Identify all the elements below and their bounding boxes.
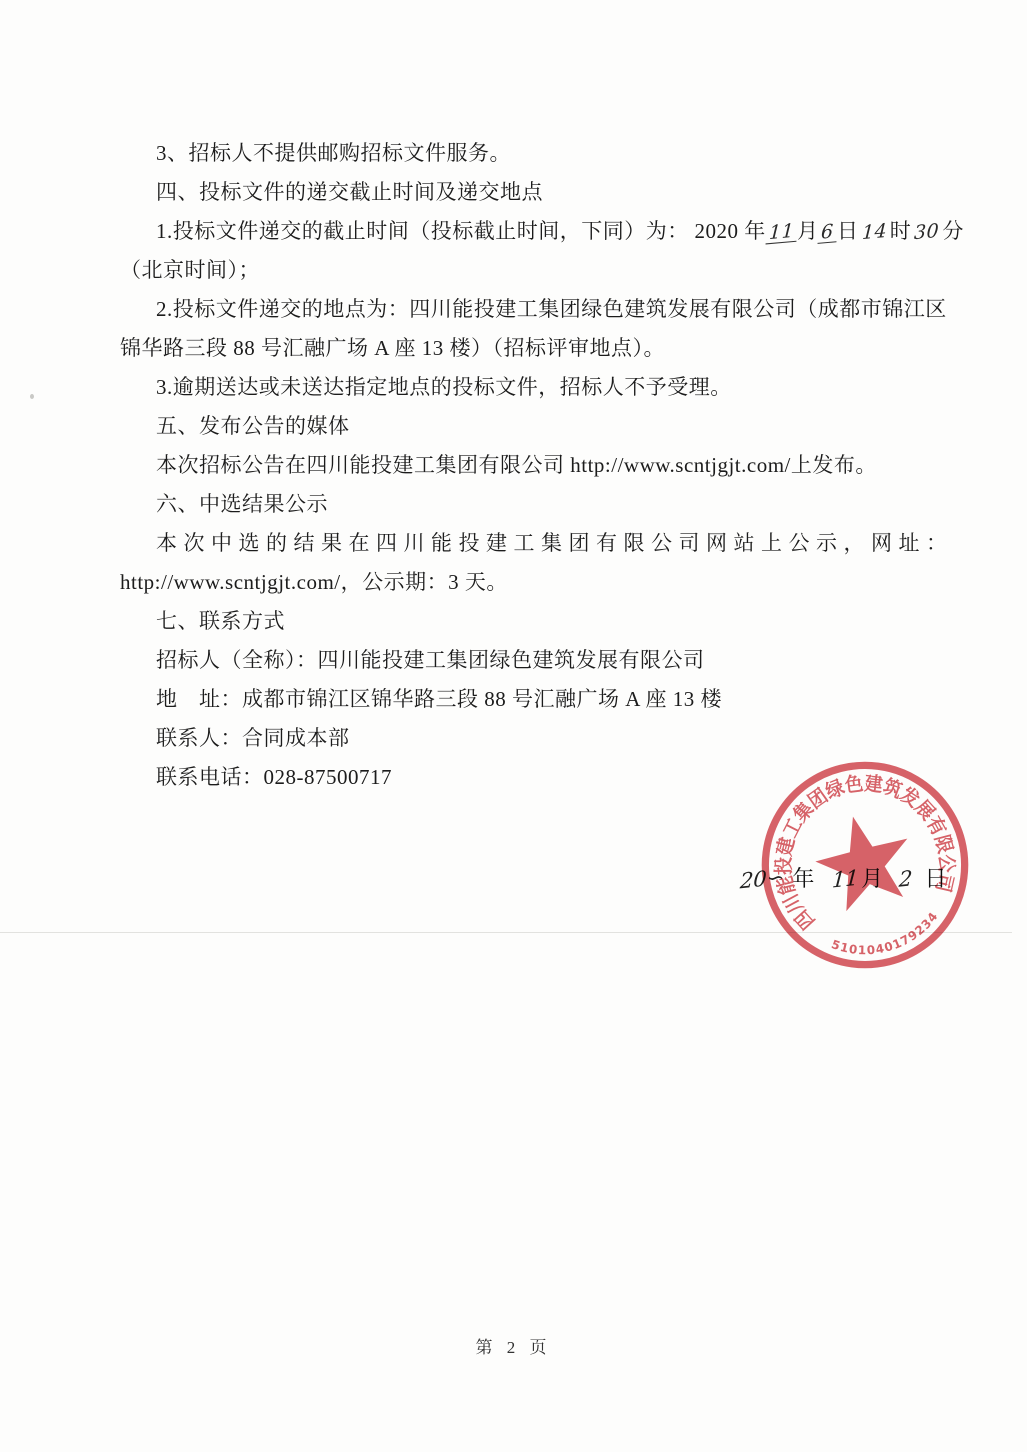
text-run: 五、发布公告的媒体: [156, 414, 350, 438]
paragraph-line: 本次招标公告在四川能投建工集团有限公司 http://www.scntjgjt.…: [120, 446, 960, 485]
text-run: 联系电话：028-87500717: [156, 765, 392, 789]
paragraph-line: http://www.scntjgjt.com/，公示期：3 天。: [120, 563, 960, 602]
paragraph-line: 锦华路三段 88 号汇融广场 A 座 13 楼）（招标评审地点）。: [120, 329, 960, 368]
paragraph-line: 联系人：合同成本部: [120, 719, 960, 758]
text-run: 分: [942, 219, 964, 243]
text-run: （北京时间）；: [120, 258, 260, 282]
text-run: 七、联系方式: [156, 609, 285, 633]
text-run: 锦华路三段 88 号汇融广场 A 座 13 楼）（招标评审地点）。: [120, 336, 665, 360]
paragraph-line: 六、中选结果公示: [120, 485, 960, 524]
seal-star-icon: [807, 805, 921, 915]
paragraph-line: 四、投标文件的递交截止时间及递交地点: [120, 173, 960, 212]
scan-speck: [30, 394, 34, 399]
handwritten-value: 11: [765, 222, 797, 245]
paragraph-line: 本次中选的结果在四川能投建工集团有限公司网站上公示，网址：: [120, 524, 960, 563]
scanned-document-page: 3、招标人不提供邮购招标文件服务。四、投标文件的递交截止时间及递交地点1.投标文…: [0, 0, 1027, 1452]
text-run: 六、中选结果公示: [156, 492, 328, 516]
text-run: 3.逾期送达或未送达指定地点的投标文件，招标人不予受理。: [156, 375, 732, 399]
text-run: 月: [797, 219, 819, 243]
handwritten-value: 30: [911, 222, 943, 244]
paragraph-line: 3、招标人不提供邮购招标文件服务。: [120, 134, 960, 173]
text-run: 本次中选的结果在四川能投建工集团有限公司网站上公示，网址：: [156, 531, 954, 555]
text-run: 地 址：成都市锦江区锦华路三段 88 号汇融广场 A 座 13 楼: [156, 687, 722, 711]
handwritten-value: 6: [818, 222, 838, 244]
document-body: 3、招标人不提供邮购招标文件服务。四、投标文件的递交截止时间及递交地点1.投标文…: [120, 134, 960, 797]
text-run: 本次招标公告在四川能投建工集团有限公司 http://www.scntjgjt.…: [156, 453, 877, 477]
paragraph-line: 招标人（全称）：四川能投建工集团绿色建筑发展有限公司: [120, 641, 960, 680]
text-run: http://www.scntjgjt.com/，公示期：3 天。: [120, 570, 508, 594]
text-run: 四、投标文件的递交截止时间及递交地点: [156, 180, 543, 204]
text-run: 1.投标文件递交的截止时间（投标截止时间，下同）为： 2020 年: [156, 219, 766, 243]
text-run: 3、招标人不提供邮购招标文件服务。: [156, 141, 511, 165]
text-run: 招标人（全称）：四川能投建工集团绿色建筑发展有限公司: [156, 648, 705, 672]
text-run: 日: [837, 219, 859, 243]
paragraph-line: 五、发布公告的媒体: [120, 407, 960, 446]
paragraph-line: 3.逾期送达或未送达指定地点的投标文件，招标人不予受理。: [120, 368, 960, 407]
paragraph-line: 2.投标文件递交的地点为：四川能投建工集团绿色建筑发展有限公司（成都市锦江区: [120, 290, 960, 329]
paragraph-line: 1.投标文件递交的截止时间（投标截止时间，下同）为： 2020 年11月6日14…: [120, 212, 960, 251]
paragraph-line: 七、联系方式: [120, 602, 960, 641]
text-run: 时: [890, 219, 912, 243]
text-run: 2.投标文件递交的地点为：四川能投建工集团绿色建筑发展有限公司（成都市锦江区: [156, 297, 947, 321]
handwritten-value: 14: [858, 222, 890, 244]
paragraph-line: 地 址：成都市锦江区锦华路三段 88 号汇融广场 A 座 13 楼: [120, 680, 960, 719]
paragraph-line: （北京时间）；: [120, 251, 960, 290]
text-run: 联系人：合同成本部: [156, 726, 350, 750]
page-number: 第 2 页: [0, 1333, 1027, 1358]
